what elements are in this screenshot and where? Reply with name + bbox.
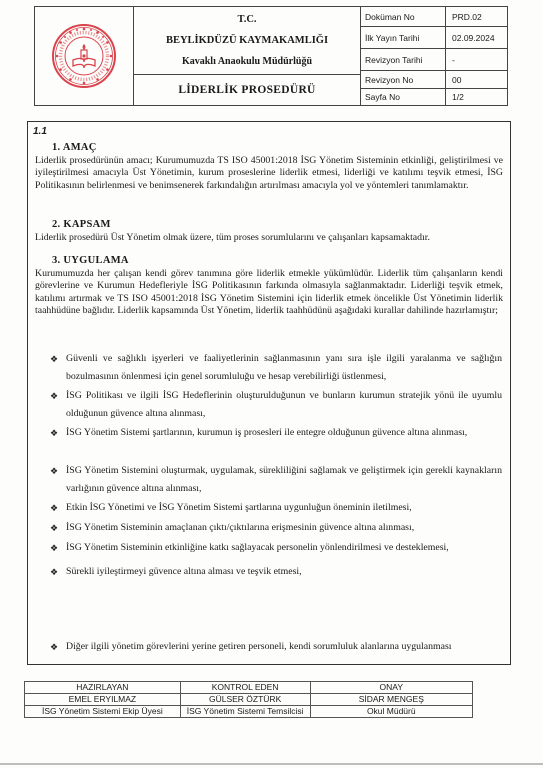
meta-value: 00 [446, 71, 507, 87]
list-item: ❖ İSG Politikası ve ilgili İSG Hedefleri… [48, 387, 502, 423]
meta-row: Revizyon Tarihi - [361, 49, 507, 71]
logo-cell [35, 7, 134, 105]
name-approval: SİDAR MENGEŞ [310, 694, 472, 706]
list-item: ❖ Sürekli iyileştirmeyi güvence altına a… [48, 563, 502, 581]
list-item: ❖ Etkin İSG Yönetimi ve İSG Yönetim Sist… [48, 499, 502, 517]
paragraph-uygulama: Kurumumuzda her çalışan kendi görev tanı… [35, 268, 503, 317]
role-prepared-by: İSG Yönetim Sistemi Ekip Üyesi [25, 706, 181, 718]
meta-value: 02.09.2024 [446, 27, 507, 48]
list-item: ❖ Güvenli ve sağlıklı işyerleri ve faali… [48, 350, 502, 386]
header-approval: ONAY [310, 682, 472, 694]
paragraph-kapsam: Liderlik prosedürü Üst Yönetim olmak üze… [35, 232, 503, 244]
meta-key: Sayfa No [361, 89, 446, 105]
procedure-body: 1.1 1. AMAÇ Liderlik prosedürünün amacı;… [27, 121, 511, 665]
list-item: ❖ İSG Yönetim Sisteminin etkinliğine kat… [48, 539, 502, 557]
document-header-table: T.C. BEYLİKDÜZÜ KAYMAKAMLIĞI Kavaklı Ana… [34, 6, 508, 106]
diamond-bullet-icon: ❖ [50, 638, 58, 656]
approval-role-row: İSG Yönetim Sistemi Ekip Üyesi İSG Yönet… [25, 706, 473, 718]
page-bottom-edge [0, 763, 543, 765]
list-item: ❖ İSG Yönetim Sistemini oluşturmak, uygu… [48, 462, 502, 498]
header-checked-by: KONTROL EDEN [180, 682, 310, 694]
list-item: ❖ İSG Yönetim Sistemi şartlarının, kurum… [48, 424, 502, 442]
diamond-bullet-icon: ❖ [50, 563, 58, 581]
header-prepared-by: HAZIRLAYAN [25, 682, 181, 694]
header-line-tc: T.C. [237, 14, 256, 25]
meta-key: Doküman No [361, 7, 446, 26]
header-line-school: Kavaklı Anaokulu Müdürlüğü [182, 56, 312, 67]
document-title: LİDERLİK PROSEDÜRÜ [134, 75, 360, 105]
meta-value: PRD.02 [446, 7, 507, 26]
approval-header-row: HAZIRLAYAN KONTROL EDEN ONAY [25, 682, 473, 694]
meta-value: 1/2 [446, 89, 507, 105]
heading-uygulama: 3. UYGULAMA [52, 255, 129, 266]
list-item: ❖ Diğer ilgili yönetim görevlerini yerin… [48, 638, 502, 656]
approval-table: HAZIRLAYAN KONTROL EDEN ONAY EMEL ERYILM… [24, 681, 473, 718]
meta-row: Doküman No PRD.02 [361, 7, 507, 27]
meta-key: Revizyon No [361, 71, 446, 87]
document-meta-table: Doküman No PRD.02 İlk Yayın Tarihi 02.09… [361, 7, 507, 105]
meta-row: Revizyon No 00 [361, 71, 507, 88]
diamond-bullet-icon: ❖ [50, 350, 58, 368]
role-checked-by: İSG Yönetim Sistemi Temsilcisi [180, 706, 310, 718]
name-prepared-by: EMEL ERYILMAZ [25, 694, 181, 706]
institution-cell: T.C. BEYLİKDÜZÜ KAYMAKAMLIĞI Kavaklı Ana… [134, 7, 361, 105]
section-number: 1.1 [33, 126, 47, 137]
role-approval: Okul Müdürü [310, 706, 472, 718]
diamond-bullet-icon: ❖ [50, 424, 58, 442]
diamond-bullet-icon: ❖ [50, 387, 58, 405]
meta-row: Sayfa No 1/2 [361, 89, 507, 105]
name-checked-by: GÜLSER ÖZTÜRK [180, 694, 310, 706]
meta-key: Revizyon Tarihi [361, 49, 446, 70]
meb-seal-logo-icon [50, 22, 118, 90]
meta-value: - [446, 49, 507, 70]
header-line-kaymakamlik: BEYLİKDÜZÜ KAYMAKAMLIĞI [166, 35, 328, 46]
meta-key: İlk Yayın Tarihi [361, 27, 446, 48]
meta-row: İlk Yayın Tarihi 02.09.2024 [361, 27, 507, 49]
approval-name-row: EMEL ERYILMAZ GÜLSER ÖZTÜRK SİDAR MENGEŞ [25, 694, 473, 706]
list-item: ❖ İSG Yönetim Sisteminin amaçlanan çıktı… [48, 519, 502, 537]
heading-kapsam: 2. KAPSAM [52, 219, 111, 230]
heading-amac: 1. AMAÇ [52, 142, 97, 153]
paragraph-amac: Liderlik prosedürünün amacı; Kurumumuzda… [35, 155, 503, 192]
diamond-bullet-icon: ❖ [50, 539, 58, 557]
diamond-bullet-icon: ❖ [50, 519, 58, 537]
diamond-bullet-icon: ❖ [50, 462, 58, 480]
diamond-bullet-icon: ❖ [50, 499, 58, 517]
